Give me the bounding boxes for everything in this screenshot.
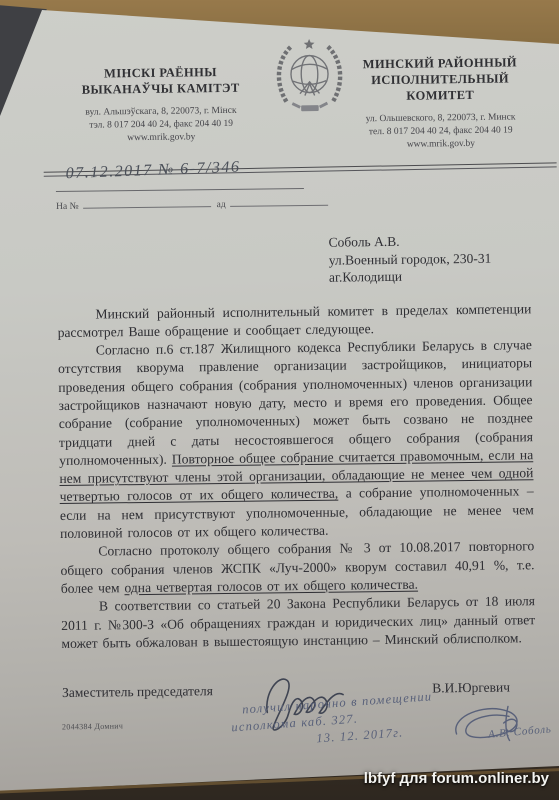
org-title-ru-line2: ИСПОЛНИТЕЛЬНЫЙ КОМИТЕТ [352,70,527,104]
letterhead: МІНСКІ РАЁННЫ ВЫКАНАЎЧЫ КАМІТЭТ вул. Аль… [54,34,528,156]
letter-body: Минский районный исполнительный комитет … [57,300,535,653]
watermark-text: lbfyf для forum.onliner.by [364,770,549,787]
document-code: 2044384 Домнич [62,721,123,731]
registration-zone: 07.12.2017 № 6-7/346 На №ад [56,169,530,227]
letter-paper: МІНСКІ РАЁННЫ ВЫКАНАЎЧЫ КАМІТЭТ вул. Аль… [0,0,559,800]
underlined-text-segment: одна четвертая голосов от их общего коли… [124,577,418,596]
letterhead-belarusian-column: МІНСКІ РАЁННЫ ВЫКАНАЎЧЫ КАМІТЭТ вул. Аль… [54,37,267,146]
text-segment: Минский районный исполнительный комитет … [58,301,532,340]
reference-number-row: На №ад [56,196,328,212]
org-phone-ru: тел. 8 017 204 40 24, факс 204 40 19 [353,124,528,139]
outgoing-number-line [56,188,304,192]
reference-from-blank-line [230,196,328,207]
recipient-town: аг.Колодищи [329,266,530,286]
photographed-letter: МІНСКІ РАЁННЫ ВЫКАНАЎЧЫ КАМІТЭТ вул. Аль… [0,0,559,800]
body-paragraph: Минский районный исполнительный комитет … [57,300,531,342]
body-paragraph: В соответствии со статьей 20 Закона Респ… [61,592,536,653]
coat-of-arms-icon [266,36,353,121]
org-title-be-line2: ВЫКАНАЎЧЫ КАМІТЭТ [55,79,267,98]
recipient-block: Соболь А.В. ул.Военный городок, 230-31 а… [328,231,530,286]
body-paragraph: Согласно протоколу общего собрания № 3 о… [60,538,535,599]
letterhead-russian-column: МИНСКИЙ РАЙОННЫЙ ИСПОЛНИТЕЛЬНЫЙ КОМИТЕТ … [352,34,528,152]
org-website-ru: www.mrik.gov.by [353,137,528,152]
org-website-be: www.mrik.gov.by [55,130,267,146]
reference-label: На № [56,202,79,212]
handwritten-outgoing-number: 07.12.2017 № 6-7/346 [65,158,240,183]
org-address-be: вул. Альшэўскага, 8, 220073, г. Мінск [55,104,267,120]
reference-blank-line [83,197,211,209]
signer-position: Заместитель председателя [62,675,213,701]
text-segment: В соответствии со статьей 20 Закона Респ… [61,593,535,650]
reference-from-label: ад [217,200,226,210]
body-paragraph: Согласно п.6 ст.187 Жилищного кодекса Ре… [58,336,534,543]
